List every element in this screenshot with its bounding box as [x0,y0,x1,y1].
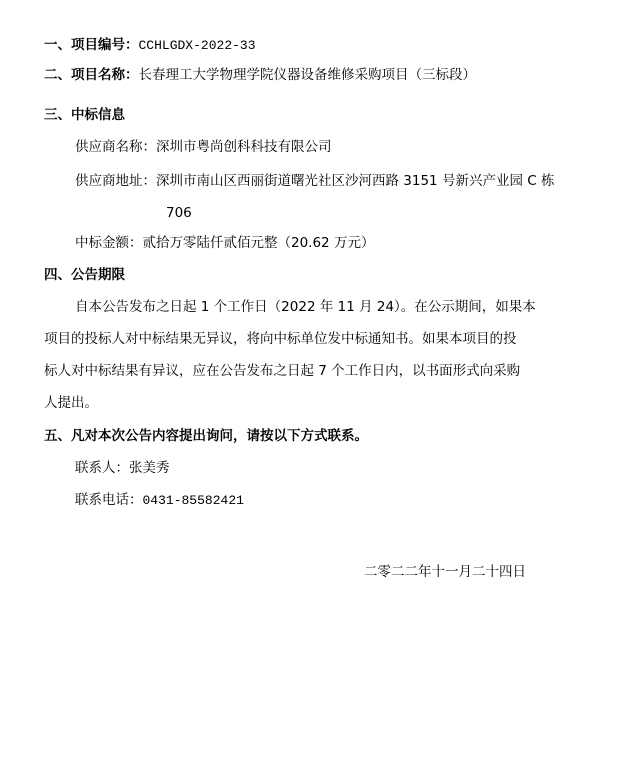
supplier-name-value: 深圳市粤尚创科科技有限公司 [156,139,332,155]
supplier-name-label: 供应商名称： [75,139,156,155]
inquiry-heading: 五、凡对本次公告内容提出询问，请按以下方式联系。 [44,427,368,445]
supplier-address-label: 供应商地址： [75,173,156,189]
supplier-address-row: 供应商地址：深圳市南山区西丽街道曙光社区沙河西路 3151 号新兴产业园 C 栋 [75,172,554,190]
supplier-address-value: 深圳市南山区西丽街道曙光社区沙河西路 3151 号新兴产业园 C 栋 [156,173,554,189]
project-name-value: 长春理工大学物理学院仪器设备维修采购项目（三标段） [139,67,477,83]
contact-phone-value: 0431-85582421 [143,493,244,508]
notice-period-heading: 四、公告期限 [44,266,125,284]
contact-person-value: 张美秀 [129,460,170,476]
paragraph-line: 人提出。 [44,394,98,412]
award-amount-row: 中标金额：贰拾万零陆仟贰佰元整（20.62 万元） [75,234,374,252]
paragraph-line: 项目的投标人对中标结果无异议，将向中标单位发中标通知书。如果本项目的投 [44,330,517,348]
contact-person-row: 联系人：张美秀 [75,459,170,477]
announcement-date: 二零二二年十一月二十四日 [364,563,526,581]
project-number-row: 一、项目编号：CCHLGDX-2022-33 [44,36,256,55]
award-info-heading: 三、中标信息 [44,106,125,124]
award-amount-value: 贰拾万零陆仟贰佰元整（20.62 万元） [143,235,375,251]
project-name-heading: 二、项目名称： [44,67,139,83]
paragraph-line: 自本公告发布之日起 1 个工作日（2022 年 11 月 24）。在公示期间，如… [75,298,536,316]
paragraph-line: 标人对中标结果有异议，应在公告发布之日起 7 个工作日内，以书面形式向采购 [44,362,520,380]
award-amount-label: 中标金额： [75,235,143,251]
project-name-row: 二、项目名称：长春理工大学物理学院仪器设备维修采购项目（三标段） [44,66,476,84]
project-number-value: CCHLGDX-2022-33 [139,38,256,53]
supplier-address-continuation: 706 [166,204,192,222]
contact-phone-label: 联系电话： [75,492,143,508]
contact-phone-row: 联系电话：0431-85582421 [75,491,244,510]
project-number-heading: 一、项目编号： [44,37,139,53]
supplier-name-row: 供应商名称：深圳市粤尚创科科技有限公司 [75,138,332,156]
contact-person-label: 联系人： [75,460,129,476]
